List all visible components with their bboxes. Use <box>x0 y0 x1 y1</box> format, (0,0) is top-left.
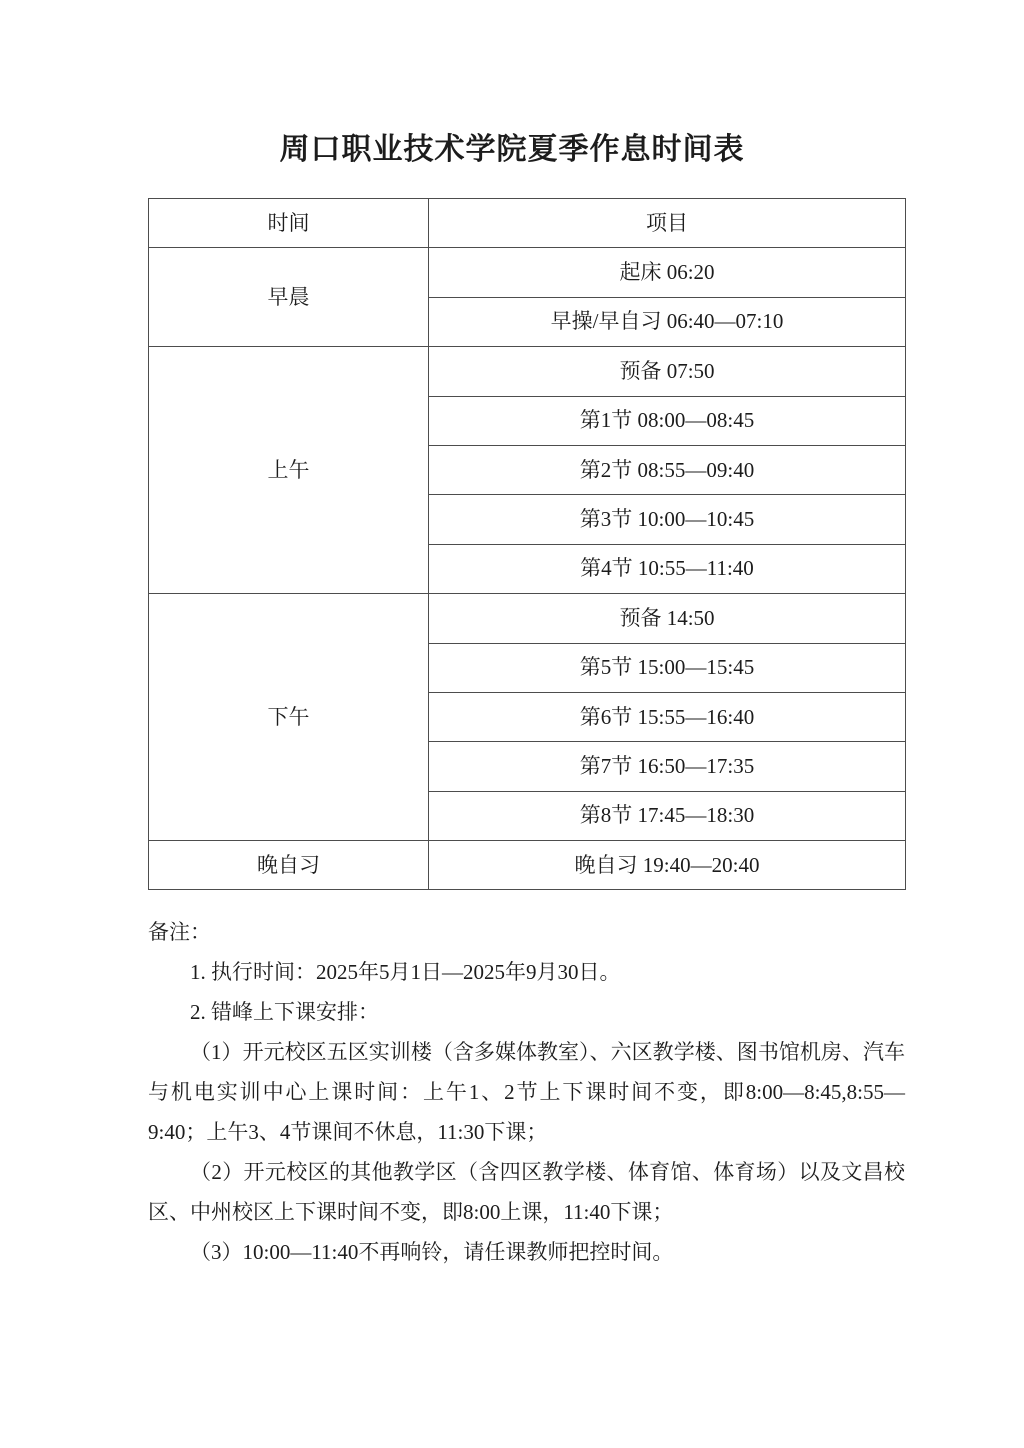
note-item-5: （3）10:00—11:40不再响铃，请任课教师把控时间。 <box>148 1232 905 1272</box>
activity-cell: 预备 07:50 <box>429 347 906 396</box>
table-row: 下午 预备 14:50 <box>149 594 906 643</box>
schedule-table: 时间 项目 早晨 起床 06:20 早操/早自习 06:40—07:10 上午 … <box>148 198 906 890</box>
activity-cell: 第8节 17:45—18:30 <box>429 791 906 840</box>
table-row: 上午 预备 07:50 <box>149 347 906 396</box>
header-cell-time: 时间 <box>149 199 429 248</box>
activity-cell: 第4节 10:55—11:40 <box>429 544 906 593</box>
activity-cell: 第3节 10:00—10:45 <box>429 495 906 544</box>
header-cell-item: 项目 <box>429 199 906 248</box>
activity-cell: 预备 14:50 <box>429 594 906 643</box>
note-item-1: 1. 执行时间：2025年5月1日—2025年9月30日。 <box>148 952 905 992</box>
page-title: 周口职业技术学院夏季作息时间表 <box>0 131 1024 169</box>
notes-label: 备注： <box>148 912 905 952</box>
activity-cell: 第1节 08:00—08:45 <box>429 396 906 445</box>
activity-cell: 第5节 15:00—15:45 <box>429 643 906 692</box>
activity-cell: 早操/早自习 06:40—07:10 <box>429 297 906 346</box>
activity-cell: 第2节 08:55—09:40 <box>429 445 906 494</box>
notes-section: 备注： 1. 执行时间：2025年5月1日—2025年9月30日。 2. 错峰上… <box>148 912 905 1272</box>
note-item-2: 2. 错峰上下课安排： <box>148 992 905 1032</box>
period-cell-afternoon: 下午 <box>149 594 429 841</box>
activity-cell: 第7节 16:50—17:35 <box>429 742 906 791</box>
period-cell-evening: 晚自习 <box>149 841 429 890</box>
period-cell-forenoon: 上午 <box>149 347 429 594</box>
table-header-row: 时间 项目 <box>149 199 906 248</box>
period-cell-morning: 早晨 <box>149 248 429 347</box>
activity-cell: 晚自习 19:40—20:40 <box>429 841 906 890</box>
note-item-3: （1）开元校区五区实训楼（含多媒体教室）、六区教学楼、图书馆机房、汽车与机电实训… <box>148 1032 905 1152</box>
table-row: 早晨 起床 06:20 <box>149 248 906 297</box>
document-page: 周口职业技术学院夏季作息时间表 时间 项目 早晨 起床 06:20 早操/早自习… <box>0 0 1024 1448</box>
activity-cell: 起床 06:20 <box>429 248 906 297</box>
activity-cell: 第6节 15:55—16:40 <box>429 692 906 741</box>
note-item-4: （2）开元校区的其他教学区（含四区教学楼、体育馆、体育场）以及文昌校区、中州校区… <box>148 1152 905 1232</box>
table-row: 晚自习 晚自习 19:40—20:40 <box>149 841 906 890</box>
